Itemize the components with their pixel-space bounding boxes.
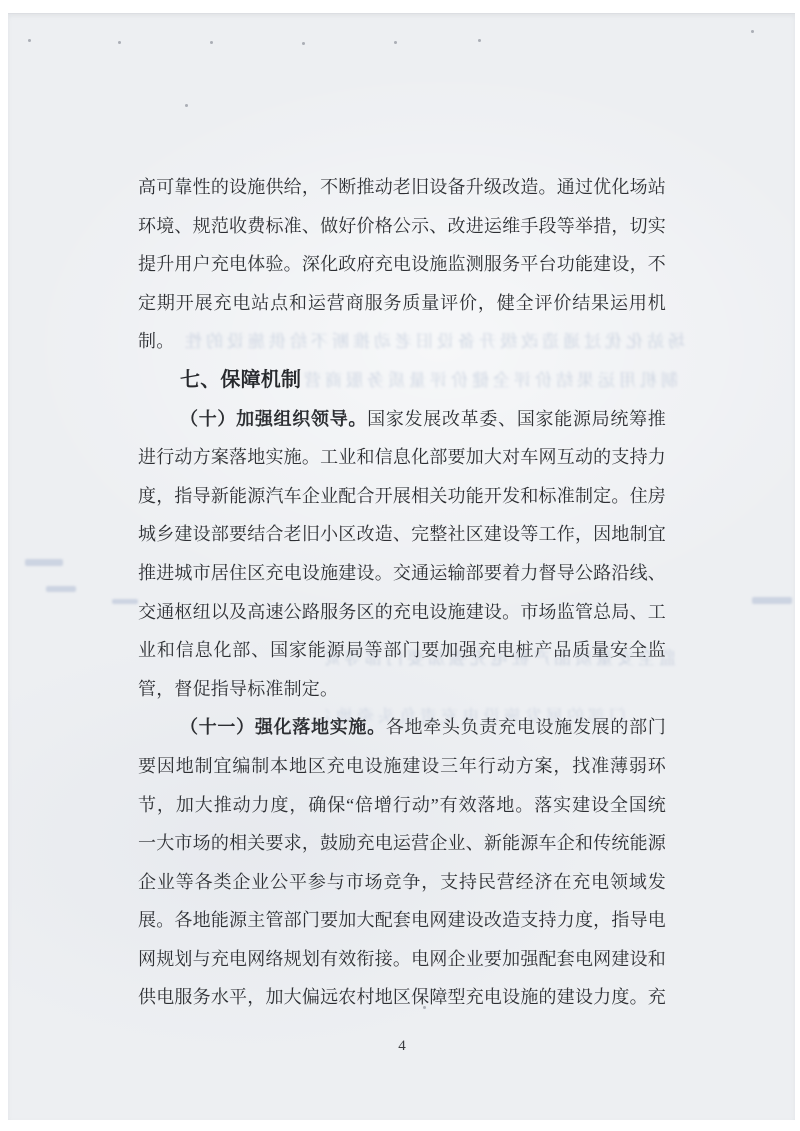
scan-speck [751,30,754,33]
showthrough-mark [25,559,63,566]
showthrough-mark [752,597,792,604]
scan-speck [478,39,481,42]
line-text: 进行动方案落地实施。工业和信息化部要加大对车网互动的支持力 [138,447,666,467]
line-text: 国家发展改革委、国家能源局统筹推 [367,409,666,429]
page-number: 4 [138,1036,666,1056]
showthrough-mark [112,599,138,604]
showthrough-mark [46,586,76,592]
document-line: 展。各地能源主管部门要加大配套电网建设改造支持力度，指导电 [138,901,666,940]
paragraph-lead: （十）加强组织领导。 [180,409,367,429]
line-text: 定期开展充电站点和运营商服务质量评价，健全评价结果运用机 [138,293,666,313]
line-text: 高可靠性的设施供给，不断推动老旧设备升级改造。通过优化场站 [138,177,666,197]
line-text: 供电服务水平，加大偏远农村地区保障型充电设施的建设力度。充 [138,987,666,1007]
scan-speck [118,41,121,44]
line-text: 一大市场的相关要求，鼓励充电运营企业、新能源车企和传统能源 [138,833,666,853]
scan-speck [185,104,188,107]
line-text: 企业等各类企业公平参与市场竞争，支持民营经济在充电领域发 [138,872,666,892]
document-line: 一大市场的相关要求，鼓励充电运营企业、新能源车企和传统能源 [138,824,666,863]
document-line: 管，督促指导标准制定。 [138,670,666,709]
paragraph-lead: （十一）强化落地实施。 [180,717,386,737]
document-line: 提升用户充电体验。深化政府充电设施监测服务平台功能建设，不 [138,245,666,284]
document-line: 定期开展充电站点和运营商服务质量评价，健全评价结果运用机 [138,284,666,323]
scan-speck [394,41,397,44]
line-text: 网规划与充电网络规划有效衔接。电网企业要加强配套电网建设和 [138,949,666,969]
document-line: 环境、规范收费标准、做好价格公示、改进运维手段等举措，切实 [138,207,666,246]
line-text: 业和信息化部、国家能源局等部门要加强充电桩产品质量安全监 [138,640,666,660]
line-text: 推进城市居住区充电设施建设。交通运输部要着力督导公路沿线、 [138,563,666,583]
line-text: 各地牵头负责充电设施发展的部门 [386,717,666,737]
document-line: 城乡建设部要结合老旧小区改造、完整社区建设等工作，因地制宜 [138,515,666,554]
line-text: 展。各地能源主管部门要加大配套电网建设改造支持力度，指导电 [138,910,666,930]
line-text: 提升用户充电体验。深化政府充电设施监测服务平台功能建设，不 [138,254,666,274]
document-line: 制。 [138,322,666,361]
line-text: 管，督促指导标准制定。 [138,679,338,699]
line-text: 度，指导新能源汽车企业配合开展相关功能开发和标准制定。住房 [138,486,666,506]
document-line: 业和信息化部、国家能源局等部门要加强充电桩产品质量安全监 [138,631,666,670]
document-line: 网规划与充电网络规划有效衔接。电网企业要加强配套电网建设和 [138,940,666,979]
line-text: 节，加大推动力度，确保“倍增行动”有效落地。落实建设全国统 [138,795,666,815]
document-line: 推进城市居住区充电设施建设。交通运输部要着力督导公路沿线、 [138,554,666,593]
document-line: 企业等各类企业公平参与市场竞争，支持民营经济在充电领域发 [138,863,666,902]
line-text: 交通枢纽以及高速公路服务区的充电设施建设。市场监管总局、工 [138,602,666,622]
line-text: 制。 [138,331,174,351]
scan-speck [210,41,213,44]
document-line: 进行动方案落地实施。工业和信息化部要加大对车网互动的支持力 [138,438,666,477]
document-line: 供电服务水平，加大偏远农村地区保障型充电设施的建设力度。充 [138,978,666,1017]
line-text: 环境、规范收费标准、做好价格公示、改进运维手段等举措，切实 [138,216,666,236]
section-heading: 七、保障机制 [138,361,666,400]
scan-speck [28,39,31,42]
document-text-block: 高可靠性的设施供给，不断推动老旧设备升级改造。通过优化场站 环境、规范收费标准、… [138,168,666,1017]
line-text: 七、保障机制 [180,369,301,391]
document-line: 度，指导新能源汽车企业配合开展相关功能开发和标准制定。住房 [138,477,666,516]
line-text: 城乡建设部要结合老旧小区改造、完整社区建设等工作，因地制宜 [138,524,666,544]
document-line: （十）加强组织领导。国家发展改革委、国家能源局统筹推 [138,400,666,439]
document-line: （十一）强化落地实施。各地牵头负责充电设施发展的部门 [138,708,666,747]
document-line: 交通枢纽以及高速公路服务区的充电设施建设。市场监管总局、工 [138,593,666,632]
scan-speck [302,42,305,45]
document-line: 高可靠性的设施供给，不断推动老旧设备升级改造。通过优化场站 [138,168,666,207]
line-text: 要因地制宜编制本地区充电设施建设三年行动方案，找准薄弱环 [138,756,666,776]
document-line: 节，加大推动力度，确保“倍增行动”有效落地。落实建设全国统 [138,786,666,825]
scanned-page: 场站化优过通造改级升备设旧老动推断不给供施设的性靠 制机用运果结价评全健价评量质… [8,13,795,1120]
document-line: 要因地制宜编制本地区充电设施建设三年行动方案，找准薄弱环 [138,747,666,786]
